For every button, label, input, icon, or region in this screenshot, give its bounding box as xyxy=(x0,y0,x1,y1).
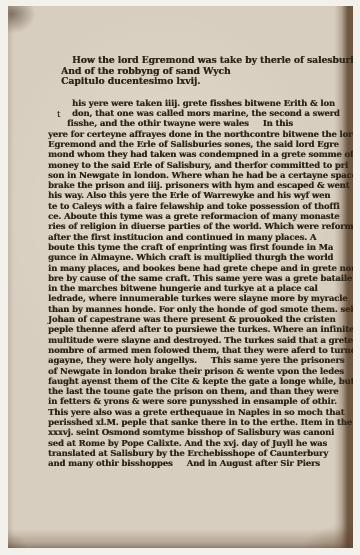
text-line: perisshed xl.M. peple that sanke there i… xyxy=(48,418,330,428)
text-line: nombre of armed men folowed them, that t… xyxy=(48,346,330,356)
text-line: yere for certeyne affrayes done in the n… xyxy=(48,130,330,140)
text-line: mond whom they had taken was condempned … xyxy=(48,150,330,160)
initial-guide-letter: t xyxy=(57,110,60,119)
text-line: of Newgate in london brake their prison … xyxy=(48,367,330,377)
text-line: after the first institucion and continue… xyxy=(48,233,330,243)
text-line: bre by cause of the same craft. This sam… xyxy=(48,274,330,284)
text-line: Egremond and the Erle of Salisburies son… xyxy=(48,140,330,150)
text-line: ledrade, where innumerable turkes were s… xyxy=(48,294,330,304)
text-line: agayne, they were holy angellys. This sa… xyxy=(48,356,330,366)
text-line: faught ayenst them of the Cite & kepte t… xyxy=(48,377,330,387)
heading-line: Capitulo ducentesimo lxvij. xyxy=(61,77,330,88)
body-text-wrap: t his yere were taken iiij. grete fisshe… xyxy=(48,99,330,470)
printed-text-block: How the lord Egremond was take by therle… xyxy=(48,56,330,469)
text-line: boute this tyme the craft of enprinting … xyxy=(48,243,330,253)
text-line: ce. Aboute this tyme was a grete reforma… xyxy=(48,212,330,222)
text-line: translated at Salisbury by the Erchebiss… xyxy=(48,449,330,459)
text-line: multitude were slayne and destroyed. The… xyxy=(48,336,330,346)
text-line: peple thenne aferd after to pursiewe the… xyxy=(48,325,330,335)
text-line: his way. Also this yere the Erle of Warr… xyxy=(48,191,330,201)
text-line: son in Newgate in london. Where whan he … xyxy=(48,171,330,181)
text-line: This yere also was a grete erthequaue in… xyxy=(48,408,330,418)
heading-line: How the lord Egremond was take by therle… xyxy=(61,56,330,67)
text-line: and many othir bisshoppes And in August … xyxy=(48,459,330,469)
text-line: than by mannes honde. For only the honde… xyxy=(48,305,330,315)
text-line: sed at Rome by Pope Calixte. And the xvj… xyxy=(48,439,330,449)
book-page: How the lord Egremond was take by therle… xyxy=(8,6,353,548)
text-line: in fetters & yrons & were sore punysshed… xyxy=(48,397,330,407)
text-line: don, that one was called mors marine, th… xyxy=(48,109,330,119)
chapter-heading: How the lord Egremond was take by therle… xyxy=(61,56,330,88)
text-line: gunce in Almayne. Which craft is multipl… xyxy=(48,253,330,263)
body-text: his yere were taken iiij. grete fisshes … xyxy=(48,99,330,470)
text-line: Johan of capestrane was there present & … xyxy=(48,315,330,325)
text-line: in the marches bitwene hungerie and turk… xyxy=(48,284,330,294)
book-photo: How the lord Egremond was take by therle… xyxy=(0,0,360,555)
text-line: money to the said Erle of Salisbury, and… xyxy=(48,161,330,171)
text-line: fisshe, and the othir twayne were wales … xyxy=(48,119,330,129)
text-line: brake the prison and iiij. prisoners wit… xyxy=(48,181,330,191)
text-line: the last the toune gate the prison on th… xyxy=(48,387,330,397)
text-line: in many places, and bookes bene had gret… xyxy=(48,264,330,274)
text-line: te to Caleys with a faire felawship and … xyxy=(48,202,330,212)
text-line: his yere were taken iiij. grete fisshes … xyxy=(48,99,330,109)
text-line: xxxvj. seint Osmond somtyme bisshop of S… xyxy=(48,428,330,438)
text-line: ries of religion in diuerse parties of t… xyxy=(48,222,330,232)
